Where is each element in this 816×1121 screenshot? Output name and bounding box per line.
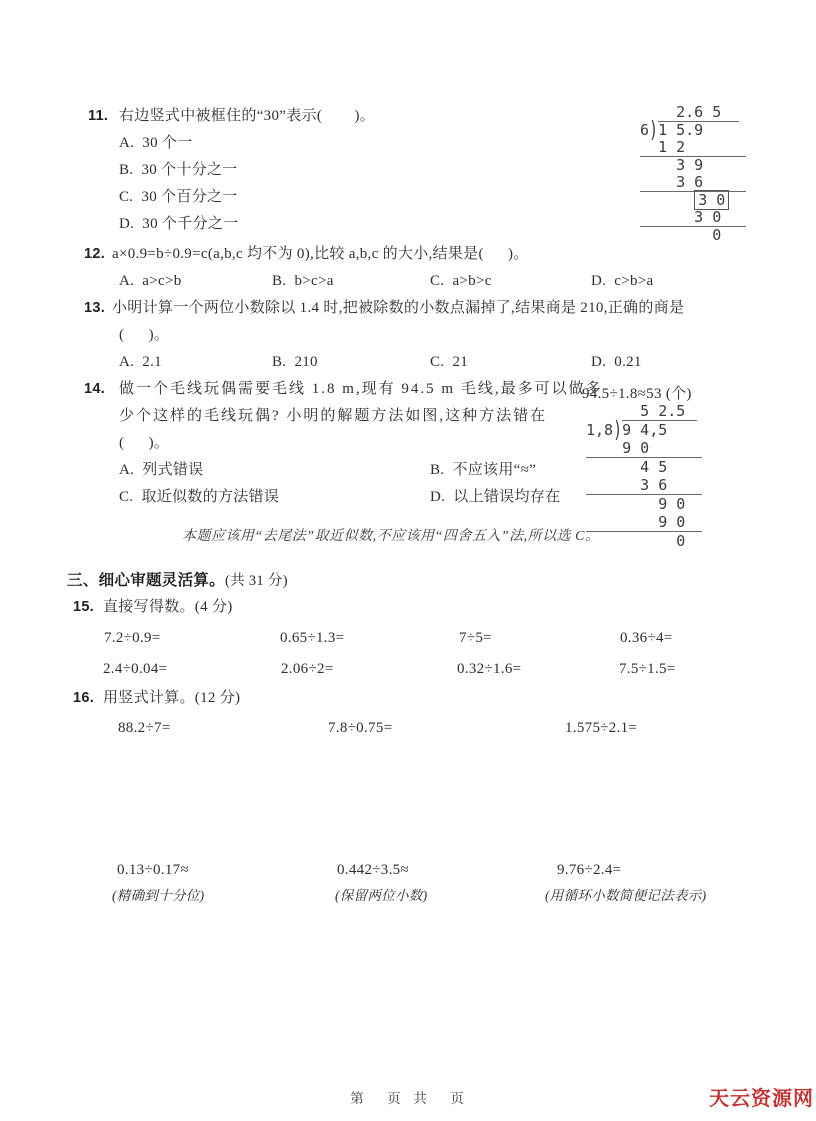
q11-number: 11. xyxy=(88,107,108,125)
division-divisor: 6 xyxy=(640,121,649,139)
q14-number: 14. xyxy=(84,380,105,398)
q16-expression: 9.76÷2.4= xyxy=(557,861,621,880)
q14-text-line2: 少个这样的毛线玩偶? 小明的解题方法如图,这种方法错在 xyxy=(119,407,547,426)
division-quotient: 5 2.5 xyxy=(586,402,702,420)
q14-option-c: C. 取近似数的方法错误 xyxy=(119,488,279,507)
q14-equation: 94.5÷1.8≈53 (个) xyxy=(582,385,692,404)
q15-expression: 7.5÷1.5= xyxy=(619,660,676,679)
section3-title: 三、细心审题灵活算。 xyxy=(67,572,225,589)
q16-expression: 0.442÷3.5≈ xyxy=(337,861,409,880)
division-boxed-row: 3 0 xyxy=(640,192,746,209)
q16-expression: 88.2÷7= xyxy=(118,719,171,738)
division-dividend: 9 4,5 xyxy=(622,420,697,439)
section3-heading: 三、细心审题灵活算。(共 31 分) xyxy=(67,571,288,591)
division-work-row: 3 0 xyxy=(640,209,746,227)
division-remainder: 0 xyxy=(586,532,702,550)
q11-text: 右边竖式中被框住的“30”表示( )。 xyxy=(119,107,375,126)
q13-option-c: C. 21 xyxy=(430,353,468,372)
division-work-row: 3 6 xyxy=(586,476,702,495)
division-work-row: 3 6 xyxy=(640,174,746,192)
q15-expression: 0.65÷1.3= xyxy=(280,629,344,648)
section3-score: (共 31 分) xyxy=(225,573,288,589)
q12-option-c: C. a>b>c xyxy=(430,272,492,291)
q12-option-a: A. a>c>b xyxy=(119,272,182,291)
division-head: 6)1 5.9 xyxy=(640,121,746,139)
division-boxed-30: 3 0 xyxy=(694,190,729,210)
q14-option-b: B. 不应该用“≈” xyxy=(430,461,536,480)
q16-expression: 7.8÷0.75= xyxy=(328,719,392,738)
division-work-row: 9 0 xyxy=(586,513,702,532)
q15-expression: 2.4÷0.04= xyxy=(103,660,167,679)
q15-number: 15. xyxy=(73,598,94,616)
q13-text-line2: ( )。 xyxy=(119,326,169,345)
q15-expression: 2.06÷2= xyxy=(281,660,334,679)
watermark: 天云资源网 xyxy=(709,1082,814,1111)
q16-expression: 1.575÷2.1= xyxy=(565,719,637,738)
q14-text-line1: 做一个毛线玩偶需要毛线 1.8 m,现有 94.5 m 毛线,最多可以做多 xyxy=(119,380,603,399)
q15-expression: 7÷5= xyxy=(459,629,492,648)
q13-number: 13. xyxy=(84,299,105,317)
q11-option-c: C. 30 个百分之一 xyxy=(119,188,238,207)
q12-option-d: D. c>b>a xyxy=(591,272,654,291)
exam-page: 11. 右边竖式中被框住的“30”表示( )。 A. 30 个一 B. 30 个… xyxy=(0,0,816,1121)
q14-text-line3: ( )。 xyxy=(119,434,169,453)
q16-number: 16. xyxy=(73,689,94,707)
q12-option-b: B. b>c>a xyxy=(272,272,334,291)
division-work-row: 3 9 xyxy=(640,157,746,174)
q11-option-b: B. 30 个十分之一 xyxy=(119,161,238,180)
q14-answer-note: 本题应该用“去尾法”取近似数,不应该用“四舍五入”法,所以选 C。 xyxy=(182,528,599,546)
division-divisor: 1,8 xyxy=(586,421,613,439)
division-bracket: ) xyxy=(613,416,622,443)
q16-caption: (精确到十分位) xyxy=(112,888,204,905)
q15-text: 直接写得数。(4 分) xyxy=(103,598,233,617)
q16-expression: 0.13÷0.17≈ xyxy=(117,861,189,880)
q14-long-division: 5 2.5 1,8)9 4,5 9 0 4 5 3 6 9 0 9 0 0 xyxy=(586,402,702,550)
q12-number: 12. xyxy=(84,245,105,263)
q16-caption: (保留两位小数) xyxy=(335,888,427,905)
q14-option-a: A. 列式错误 xyxy=(119,461,203,480)
q16-caption: (用循环小数简便记法表示) xyxy=(545,888,706,905)
division-box-pad xyxy=(640,191,694,209)
division-work-row: 9 0 xyxy=(586,495,702,513)
division-head: 1,8)9 4,5 xyxy=(586,420,702,439)
q13-option-a: A. 2.1 xyxy=(119,353,162,372)
footer-page-label: 第 页 共 页 xyxy=(0,1087,816,1107)
q16-text: 用竖式计算。(12 分) xyxy=(103,689,240,708)
q11-option-a: A. 30 个一 xyxy=(119,134,193,153)
q14-option-d: D. 以上错误均存在 xyxy=(430,488,560,507)
division-remainder: 0 xyxy=(640,227,746,244)
q11-option-d: D. 30 个千分之一 xyxy=(119,215,238,234)
q13-option-d: D. 0.21 xyxy=(591,353,642,372)
q13-option-b: B. 210 xyxy=(272,353,318,372)
division-bracket: ) xyxy=(649,117,658,143)
q12-text: a×0.9=b÷0.9=c(a,b,c 均不为 0),比较 a,b,c 的大小,… xyxy=(112,245,529,264)
q15-expression: 7.2÷0.9= xyxy=(104,629,161,648)
q15-expression: 0.36÷4= xyxy=(620,629,673,648)
division-dividend: 1 5.9 xyxy=(658,121,739,139)
division-work-row: 9 0 xyxy=(586,439,702,458)
division-work-row: 4 5 xyxy=(586,458,702,476)
q11-long-division: 2.6 5 6)1 5.9 1 2 3 9 3 6 3 0 3 0 0 xyxy=(640,104,746,244)
q13-text-line1: 小明计算一个两位小数除以 1.4 时,把被除数的小数点漏掉了,结果商是 210,… xyxy=(112,299,684,318)
q15-expression: 0.32÷1.6= xyxy=(457,660,521,679)
